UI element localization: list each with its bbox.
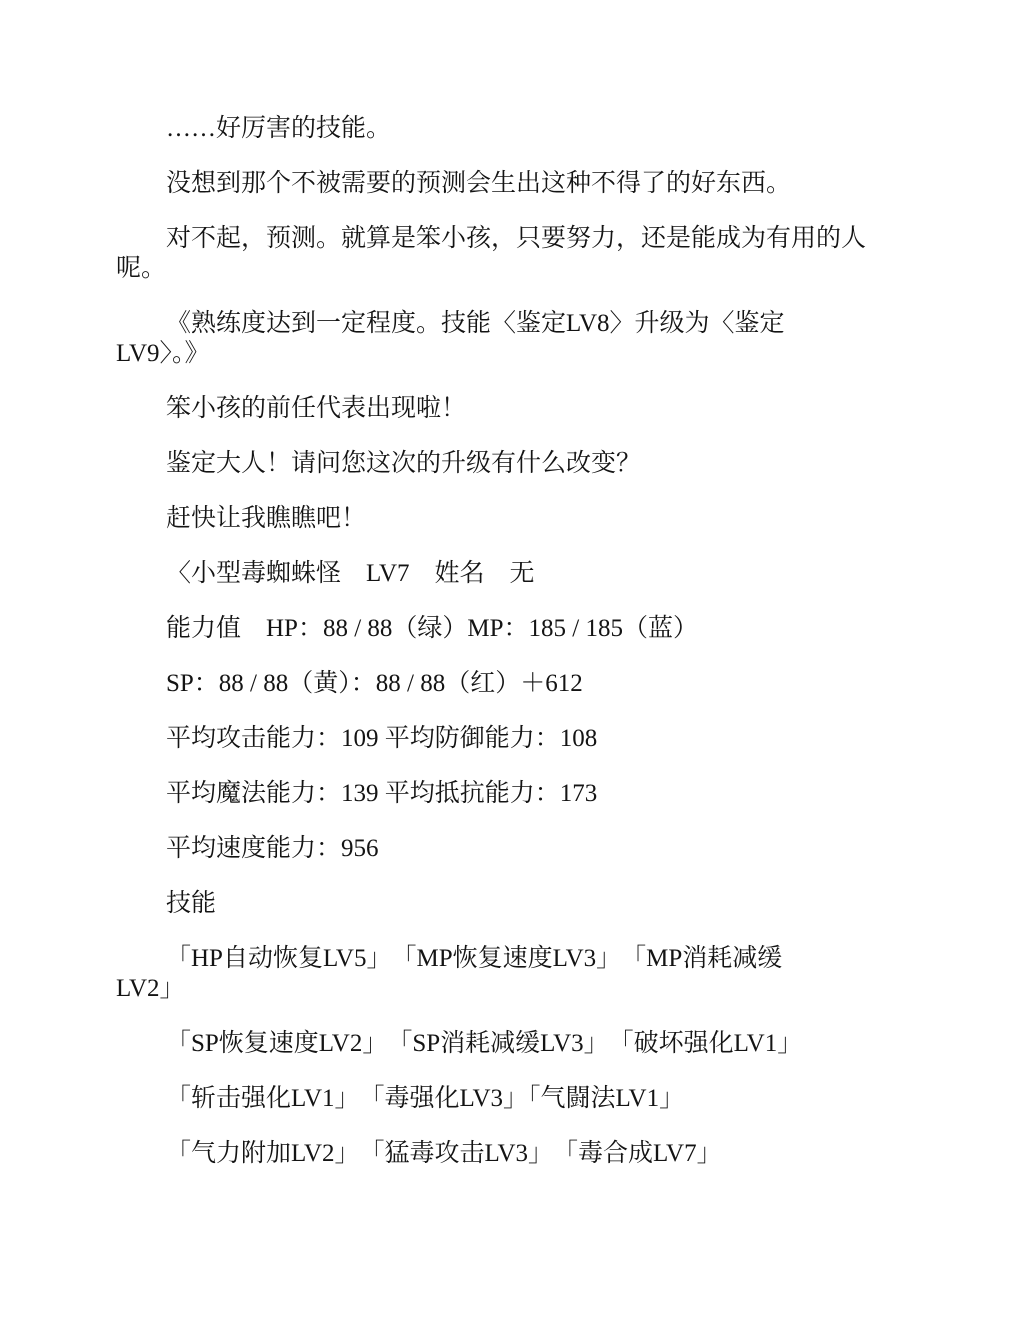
paragraph-ability-attack-defense: 平均攻击能力：109 平均防御能力：108: [116, 724, 976, 754]
paragraph: 对不起，预测。就算是笨小孩，只要努力，还是能成为有用的人 呢。: [116, 224, 976, 284]
paragraph-monster-status-header: 〈小型毒蜘蛛怪 LV7 姓名 无: [116, 559, 976, 589]
paragraph: 《熟练度达到一定程度。技能〈鉴定LV8〉升级为〈鉴定 LV9〉。》: [116, 309, 976, 369]
text-line: LV2」: [116, 974, 976, 1004]
text-line: 呢。: [116, 254, 976, 284]
paragraph: 鉴定大人！请问您这次的升级有什么改变？: [116, 449, 976, 479]
text-line: 「斩击强化LV1」 「毒强化LV3」「气闘法LV1」: [116, 1084, 976, 1114]
paragraph-skills-heading: 技能: [116, 889, 976, 919]
paragraph: 没想到那个不被需要的预测会生出这种不得了的好东西。: [116, 169, 976, 199]
paragraph-ability-magic-resist: 平均魔法能力：139 平均抵抗能力：173: [116, 779, 976, 809]
text-line: 「SP恢复速度LV2」 「SP消耗减缓LV3」 「破坏强化LV1」: [116, 1029, 976, 1059]
text-line: 对不起，预测。就算是笨小孩，只要努力，还是能成为有用的人: [116, 224, 976, 254]
paragraph-skill-list: 「HP自动恢复LV5」 「MP恢复速度LV3」 「MP消耗减缓 LV2」: [116, 944, 976, 1004]
text-line: 「HP自动恢复LV5」 「MP恢复速度LV3」 「MP消耗减缓: [116, 944, 976, 974]
paragraph: ……好厉害的技能。: [116, 114, 976, 144]
paragraph-ability-speed: 平均速度能力：956: [116, 834, 976, 864]
text-line: 笨小孩的前任代表出现啦！: [116, 394, 976, 424]
text-line: 平均速度能力：956: [116, 834, 976, 864]
paragraph-skill-list: 「斩击强化LV1」 「毒强化LV3」「气闘法LV1」: [116, 1084, 976, 1114]
text-line: LV9〉。》: [116, 339, 976, 369]
text-line: 没想到那个不被需要的预测会生出这种不得了的好东西。: [116, 169, 976, 199]
text-line: 「气力附加LV2」 「猛毒攻击LV3」 「毒合成LV7」: [116, 1139, 976, 1169]
text-line: 平均攻击能力：109 平均防御能力：108: [116, 724, 976, 754]
paragraph-ability-hp-mp: 能力值 HP：88 / 88（绿）MP：185 / 185（蓝）: [116, 614, 976, 644]
paragraph: 笨小孩的前任代表出现啦！: [116, 394, 976, 424]
text-line: 《熟练度达到一定程度。技能〈鉴定LV8〉升级为〈鉴定: [116, 309, 976, 339]
paragraph-skill-list: 「SP恢复速度LV2」 「SP消耗减缓LV3」 「破坏强化LV1」: [116, 1029, 976, 1059]
text-line: ……好厉害的技能。: [116, 114, 976, 144]
document-page: ……好厉害的技能。 没想到那个不被需要的预测会生出这种不得了的好东西。 对不起，…: [0, 0, 1020, 1320]
text-line: 鉴定大人！请问您这次的升级有什么改变？: [116, 449, 976, 479]
text-line: 〈小型毒蜘蛛怪 LV7 姓名 无: [116, 559, 976, 589]
paragraph-ability-sp: SP：88 / 88（黄）：88 / 88（红）＋612: [116, 669, 976, 699]
text-line: 能力值 HP：88 / 88（绿）MP：185 / 185（蓝）: [116, 614, 976, 644]
text-line: 技能: [116, 889, 976, 919]
paragraph: 赶快让我瞧瞧吧！: [116, 504, 976, 534]
paragraph-skill-list: 「气力附加LV2」 「猛毒攻击LV3」 「毒合成LV7」: [116, 1139, 976, 1169]
text-line: 平均魔法能力：139 平均抵抗能力：173: [116, 779, 976, 809]
text-line: 赶快让我瞧瞧吧！: [116, 504, 976, 534]
document-content: ……好厉害的技能。 没想到那个不被需要的预测会生出这种不得了的好东西。 对不起，…: [116, 114, 976, 1194]
text-line: SP：88 / 88（黄）：88 / 88（红）＋612: [116, 669, 976, 699]
